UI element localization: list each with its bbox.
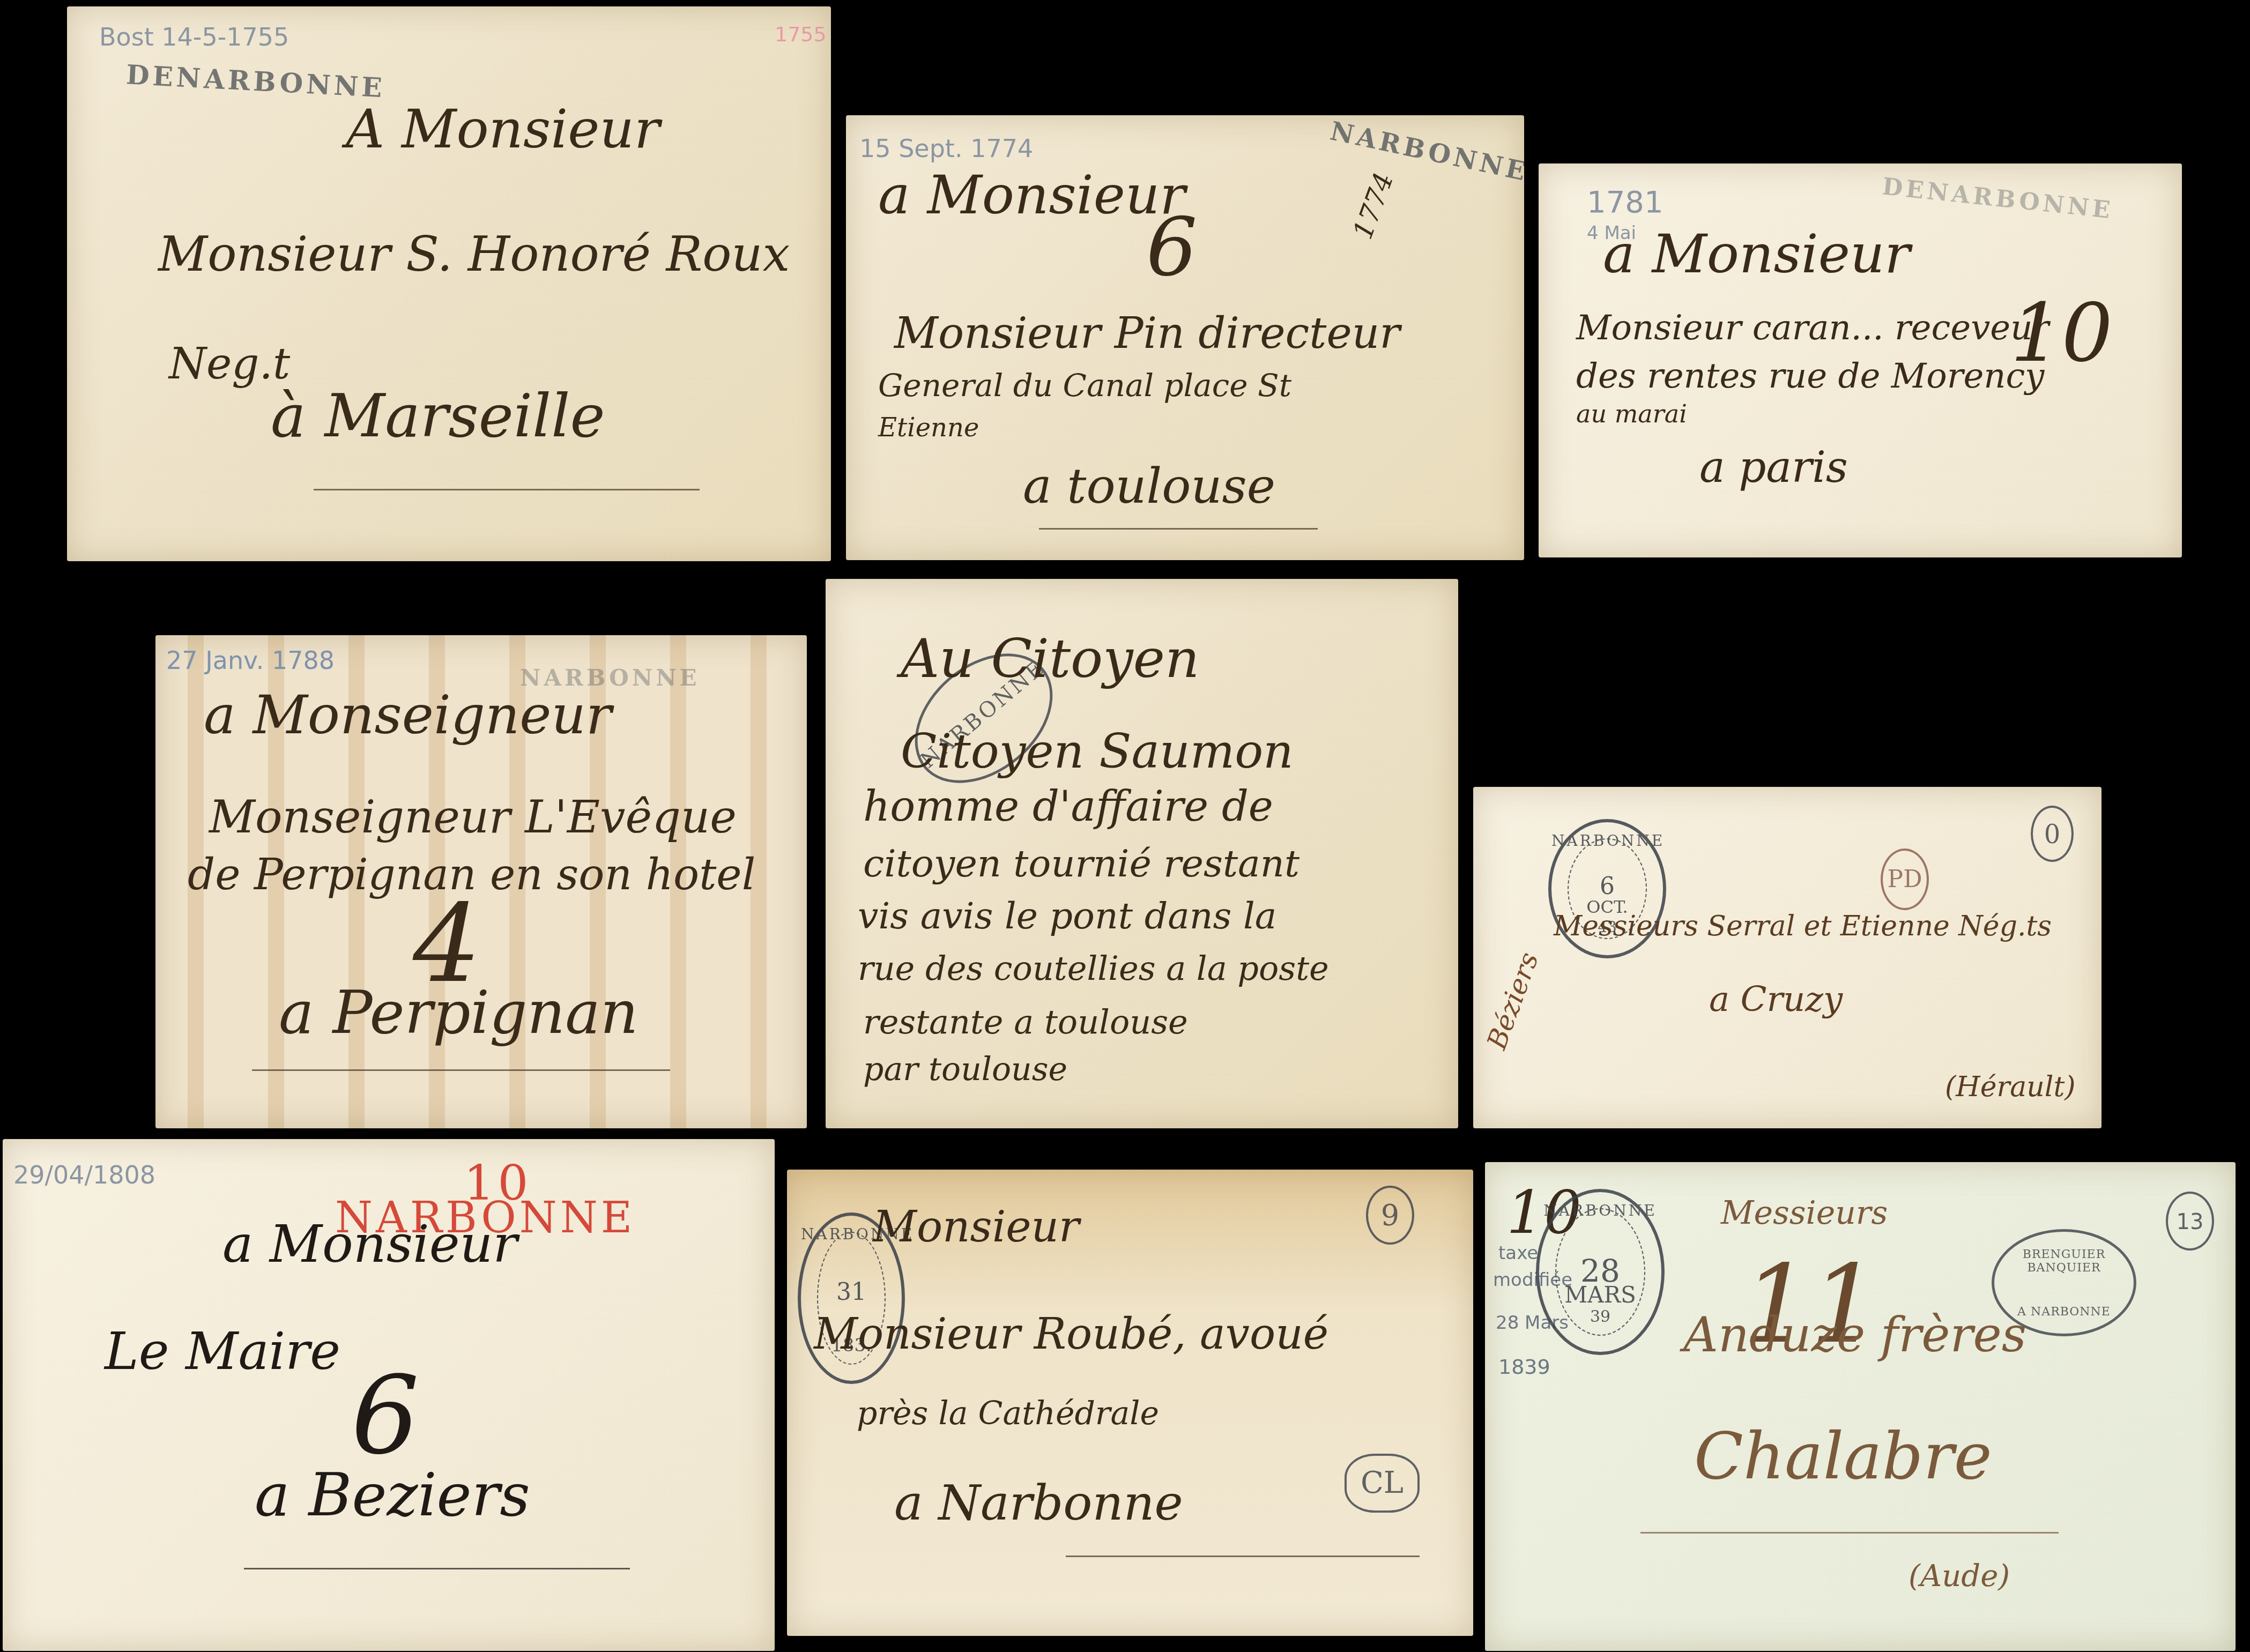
- address-line-1: Monsieur: [873, 1202, 1079, 1252]
- letter-cover-8: NARBONNE 31 183. 9 Monsieur Monsieur Rou…: [787, 1170, 1473, 1636]
- pencil-date: 29/04/1808: [13, 1160, 155, 1189]
- address-line-3: (Hérault): [1945, 1071, 2076, 1103]
- pencil-date: 27 Janv. 1788: [166, 646, 335, 675]
- address-line-1: Messieurs: [1721, 1194, 1888, 1232]
- pencil-date: Bost 14-5-1755: [99, 23, 289, 51]
- date-stamp: NARBONNE 28 MARS 39: [1536, 1189, 1665, 1355]
- town-postmark: DENARBONNE: [125, 58, 386, 103]
- address-line-2: a Cruzy: [1709, 980, 1843, 1020]
- address-line-2: Monseigneur L'Evêque: [209, 791, 737, 843]
- address-line-1: A Monsieur: [346, 98, 660, 160]
- address-line-4: à Marseille: [271, 382, 605, 450]
- address-line-3: des rentes rue de Morency: [1576, 356, 2044, 396]
- pencil-note-4: 1839: [1498, 1355, 1550, 1379]
- letter-cover-3: 1781 4 Mai DENARBONNE a Monsieur 10 Mons…: [1539, 163, 2182, 557]
- flourish-underline: [244, 1568, 630, 1569]
- address-line-2: Monsieur Roubé, avoué: [814, 1309, 1328, 1359]
- letter-cover-2: 15 Sept. 1774 NARBONNE a Monsieur 1774 6…: [846, 115, 1524, 560]
- date-stamp-day: 31: [801, 1278, 902, 1306]
- letter-cover-6: NARBONNE 6 OCT. 43 PD 0 Béziers Messieur…: [1473, 787, 2102, 1128]
- address-line-2: Anduze frères: [1683, 1307, 2026, 1363]
- lot-number: 13: [2166, 1192, 2214, 1251]
- date-stamp-month: MARS: [1539, 1282, 1661, 1308]
- banker-stamp-top: BRENGUIER BANQUIER: [1994, 1248, 2134, 1275]
- flourish-underline: [314, 489, 700, 490]
- letter-cover-7: 29/04/1808 10 NARBONNE a Monsieur Le Mai…: [3, 1139, 775, 1651]
- address-line-4: citoyen tournié restant: [863, 842, 1299, 885]
- flourish-underline: [1066, 1556, 1420, 1557]
- address-line-5: a toulouse: [1023, 458, 1275, 515]
- flourish-underline: [1039, 528, 1318, 530]
- address-line-5: vis avis le pont dans la: [858, 895, 1276, 937]
- address-line-1: a Monsieur: [878, 163, 1185, 226]
- address-line-2: Monsieur caran... receveur: [1576, 308, 2049, 348]
- address-line-8: par toulouse: [863, 1051, 1067, 1088]
- address-line-5: a paris: [1699, 442, 1848, 492]
- pencil-date: 1781: [1587, 185, 1664, 220]
- address-line-3: General du Canal place St: [878, 367, 1291, 404]
- date-stamp-day: 6: [1551, 873, 1663, 900]
- flourish-underline: [1640, 1532, 2059, 1534]
- address-line-4: (Aude): [1909, 1559, 2010, 1594]
- rate-mark: 6: [351, 1353, 419, 1478]
- address-line-4: a Perpignan: [279, 978, 638, 1047]
- date-stamp-town: NARBONNE: [1551, 832, 1663, 850]
- town-postmark: NARBONNE: [1327, 116, 1524, 187]
- address-line-2: Citoyen Saumon: [901, 724, 1294, 779]
- letter-cover-5: NARBONNE Au Citoyen Citoyen Saumon homme…: [826, 579, 1458, 1128]
- pd-mark: PD: [1881, 849, 1929, 910]
- circle-mark: 0: [2031, 806, 2074, 862]
- address-line-3: Chalabre: [1694, 1419, 1992, 1494]
- address-line-4: au marai: [1576, 399, 1687, 428]
- address-line-4: a Narbonne: [894, 1475, 1183, 1531]
- address-line-3: près la Cathédrale: [857, 1395, 1159, 1432]
- pencil-date: 15 Sept. 1774: [859, 134, 1033, 163]
- address-line-3: a Beziers: [255, 1461, 530, 1529]
- address-line-1: a Monsieur: [1603, 222, 1910, 285]
- side-note: Béziers: [1481, 948, 1545, 1053]
- pencil-note-1: taxe: [1498, 1242, 1538, 1264]
- cl-mark: CL: [1345, 1454, 1420, 1513]
- address-line-4: Etienne: [878, 413, 979, 443]
- rate-mark: 6: [1146, 201, 1197, 294]
- address-line-1: a Monseigneur: [204, 683, 612, 746]
- letter-cover-9: 10 taxe modifiée 28 Mars 1839 13 NARBONN…: [1485, 1162, 2236, 1651]
- address-line-6: rue des coutellies a la poste: [858, 949, 1329, 988]
- address-line-2: Monsieur Pin directeur: [894, 308, 1400, 358]
- date-stamp-town: NARBONNE: [1539, 1202, 1661, 1219]
- address-line-2: Monsieur S. Honoré Roux: [158, 226, 790, 282]
- rate-circle: 9: [1366, 1186, 1414, 1245]
- address-line-1: a Monsieur: [222, 1214, 517, 1274]
- town-postmark: DENARBONNE: [1881, 173, 2115, 225]
- address-line-1: Messieurs Serral et Etienne Nég.ts: [1554, 910, 2052, 942]
- address-line-7: restante a toulouse: [863, 1002, 1188, 1041]
- address-line-2: Le Maire: [105, 1321, 340, 1381]
- letter-cover-1: Bost 14-5-1755 1755 DENARBONNE A Monsieu…: [67, 6, 831, 561]
- date-stamp-year: 39: [1539, 1307, 1661, 1326]
- pencil-year: 1755: [775, 23, 827, 46]
- address-line-3: homme d'affaire de: [863, 783, 1273, 831]
- flourish-underline: [252, 1069, 670, 1071]
- side-note: 1774: [1347, 168, 1400, 243]
- address-line-1: Au Citoyen: [901, 627, 1199, 690]
- letter-cover-4: 27 Janv. 1788 NARBONNE a Monseigneur Mon…: [155, 635, 807, 1128]
